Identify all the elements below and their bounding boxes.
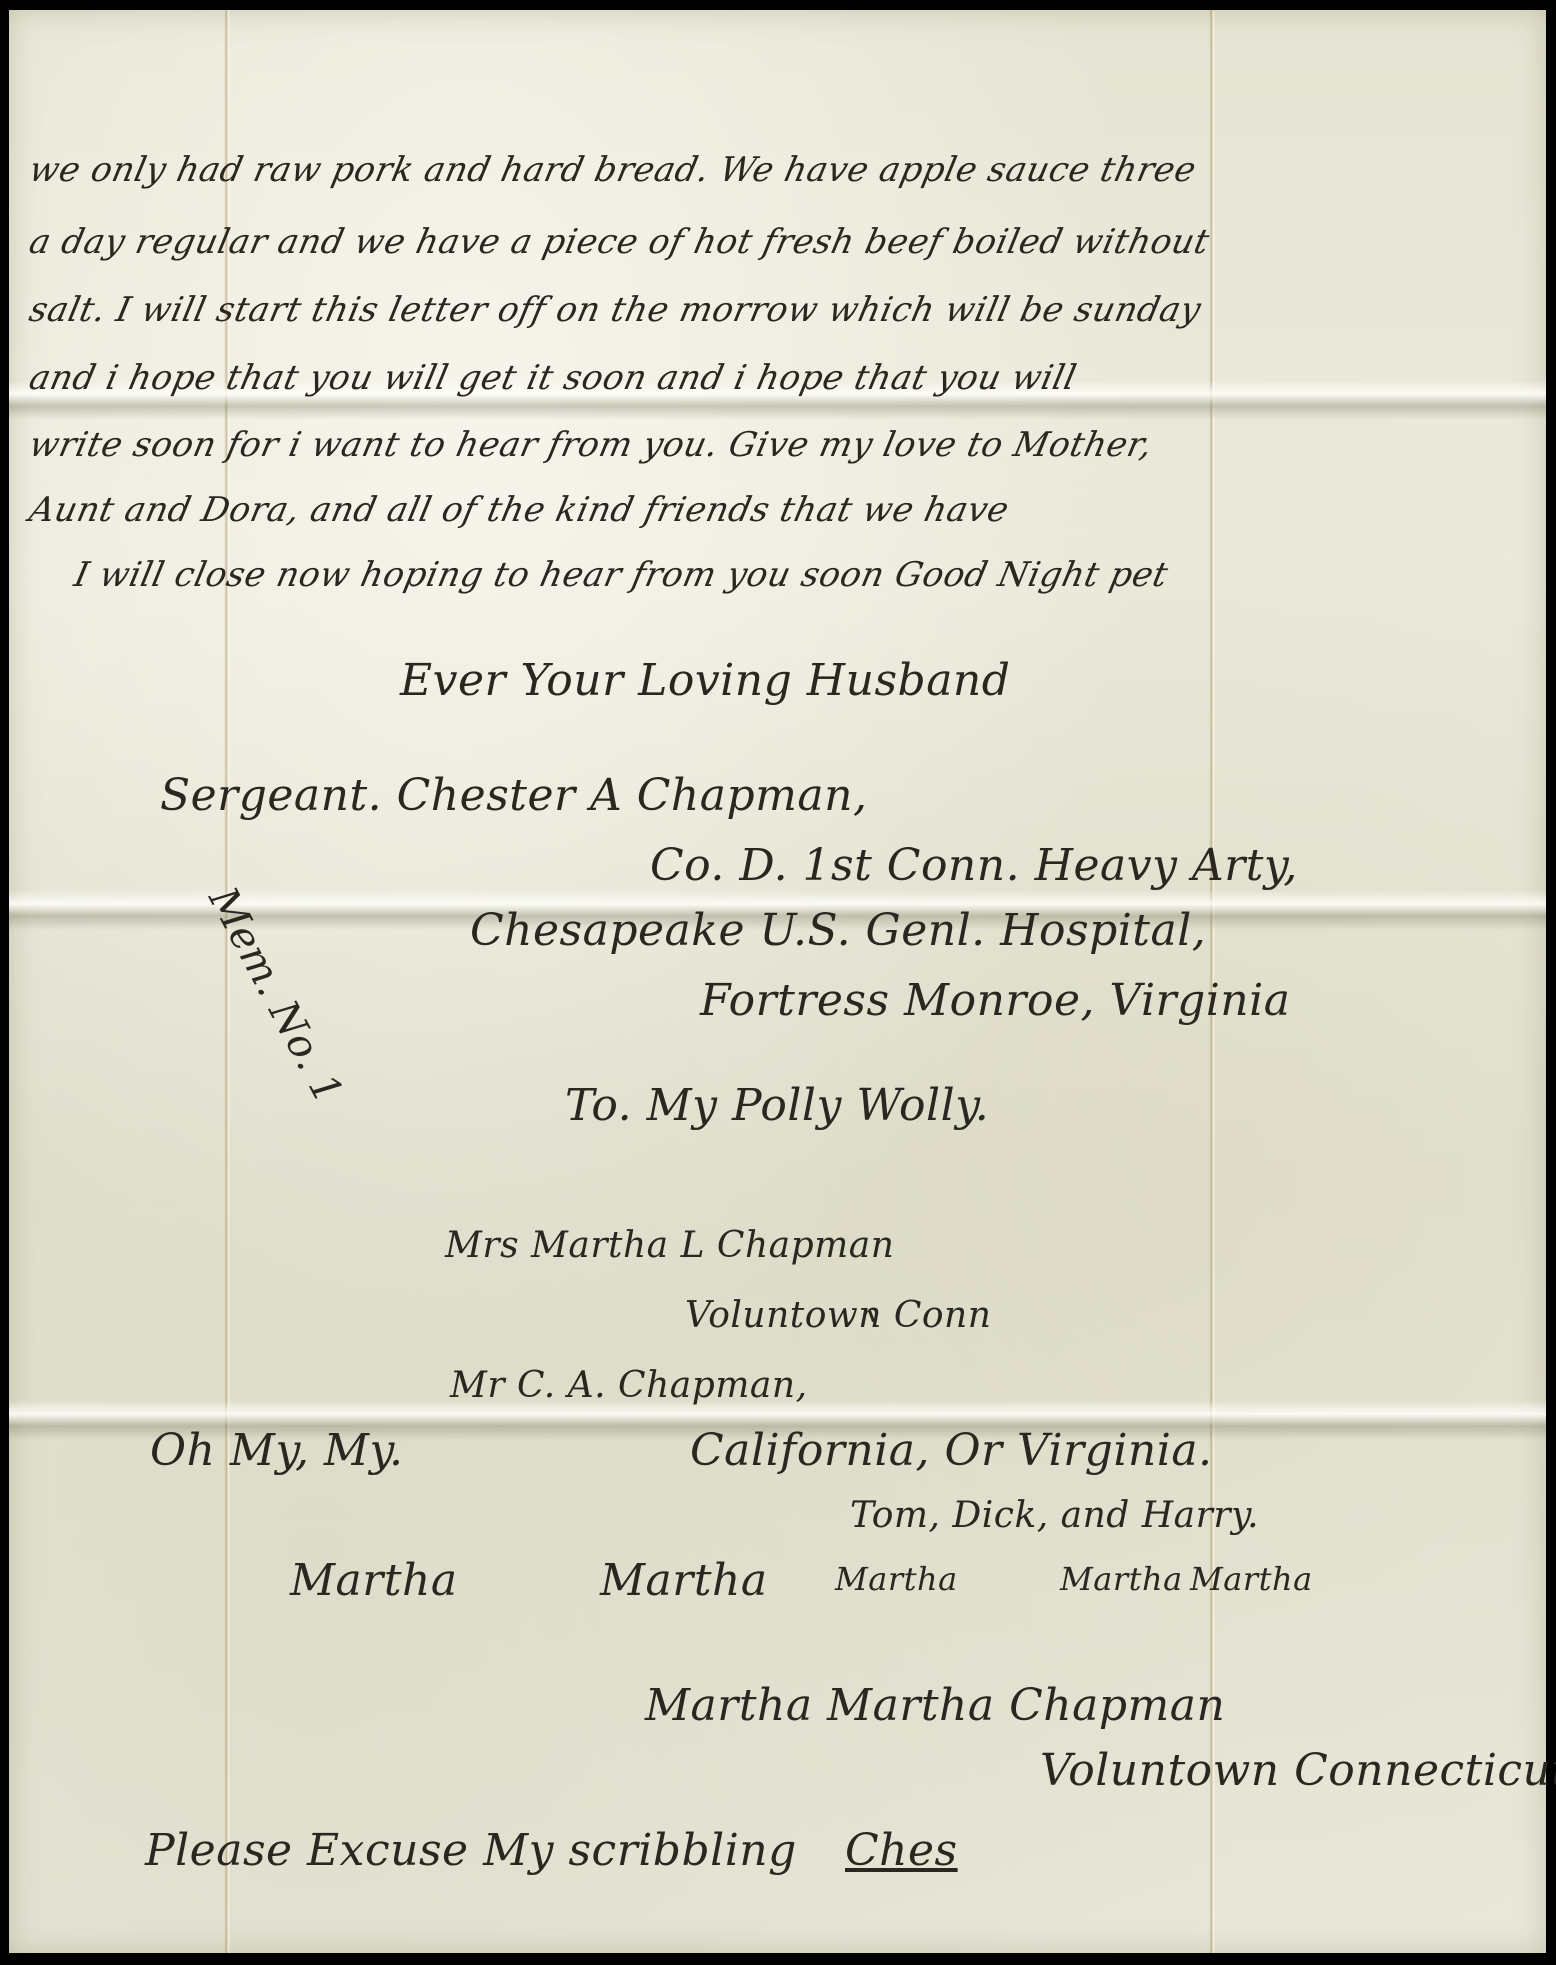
scribble-voluntown: Voluntown Connecticut xyxy=(1040,1745,1556,1796)
letter-body-line-4: and i hope that you will get it soon and… xyxy=(26,358,1080,398)
letter-body-line-1: we only had raw pork and hard bread. We … xyxy=(26,150,1200,190)
scribble-martha-1: Martha xyxy=(290,1555,458,1606)
signature-unit: Co. D. 1st Conn. Heavy Arty, xyxy=(650,840,1298,891)
address-line-4: Oh My, My. xyxy=(150,1425,404,1476)
scribble-martha-4: Martha xyxy=(1060,1560,1183,1598)
letter-closing: Ever Your Loving Husband xyxy=(400,655,1010,706)
scribble-martha-chapman: Martha Martha Chapman xyxy=(645,1680,1225,1731)
address-line-5: California, Or Virginia. xyxy=(690,1425,1213,1476)
postscript-signature: Ches xyxy=(845,1825,958,1876)
address-line-3: Mr C. A. Chapman, xyxy=(450,1365,808,1406)
letter-body-line-2: a day regular and we have a piece of hot… xyxy=(26,222,1213,262)
scribble-martha-5: Martha xyxy=(1190,1560,1313,1598)
letter-body-line-3: salt. I will start this letter off on th… xyxy=(26,290,1205,330)
signature-rank-name: Sergeant. Chester A Chapman, xyxy=(160,770,867,821)
letter-body-line-6: Aunt and Dora, and all of the kind frien… xyxy=(26,490,1013,530)
address-line-6: Tom, Dick, and Harry. xyxy=(850,1495,1259,1536)
signature-hospital: Chesapeake U.S. Genl. Hospital, xyxy=(470,905,1206,956)
signature-location: Fortress Monroe, Virginia xyxy=(700,975,1290,1026)
postscript: Please Excuse My scribbling xyxy=(145,1825,797,1876)
letter-body-line-7: I will close now hoping to hear from you… xyxy=(71,555,1172,595)
scribble-martha-2: Martha xyxy=(600,1555,768,1606)
address-line-1: Mrs Martha L Chapman xyxy=(445,1225,894,1266)
letter-body-line-5: write soon for i want to hear from you. … xyxy=(26,425,1156,465)
scribble-martha-3: Martha xyxy=(835,1560,958,1598)
dedication: To. My Polly Wolly. xyxy=(565,1080,989,1131)
address-line-2: Voluntown Conn xyxy=(685,1295,991,1336)
